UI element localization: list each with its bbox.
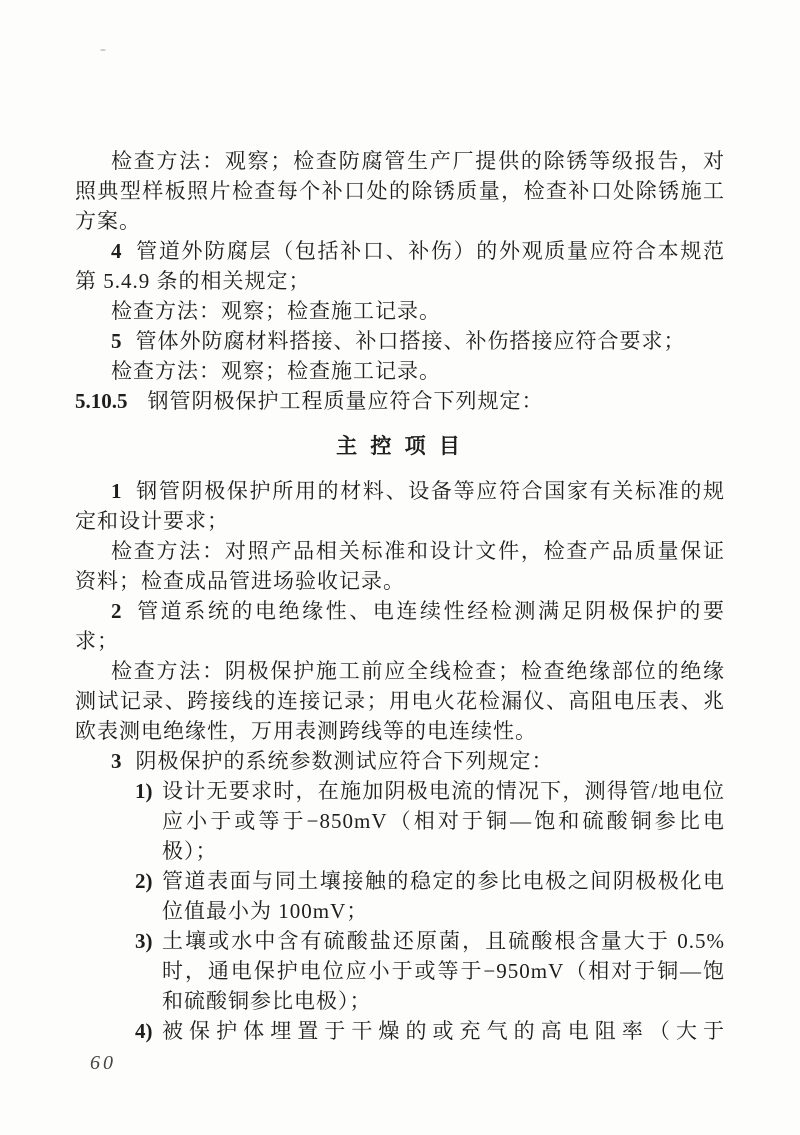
sub-item-4: 4)被保护体埋置于干燥的或充气的高电阻率（大于	[75, 1016, 725, 1046]
sub-item-number: 3)	[135, 926, 162, 1016]
item-number: 3	[111, 749, 122, 773]
numbered-item-4: 4管道外防腐层（包括补口、补伤）的外观质量应符合本规范第 5.4.9 条的相关规…	[75, 236, 725, 296]
inspection-method-paragraph: 检查方法：观察；检查施工记录。	[75, 296, 725, 326]
sub-item-number: 1)	[135, 776, 162, 866]
document-page: 检查方法：观察；检查防腐管生产厂提供的除锈等级报告，对照典型样板照片检查每个补口…	[0, 0, 800, 1135]
sub-item-text: 土壤或水中含有硫酸盐还原菌，且硫酸根含量大于 0.5%时，通电保护电位应小于或等…	[162, 926, 725, 1016]
sub-item-text: 设计无要求时，在施加阴极电流的情况下，测得管/地电位应小于或等于−850mV（相…	[162, 776, 725, 866]
item-text: 阴极保护的系统参数测试应符合下列规定：	[136, 749, 554, 773]
numbered-item-1: 1钢管阴极保护所用的材料、设备等应符合国家有关标准的规定和设计要求；	[75, 476, 725, 536]
section-heading: 主 控 项 目	[75, 431, 725, 461]
sub-item-number: 2)	[135, 866, 162, 926]
item-text: 管道系统的电绝缘性、电连续性经检测满足阴极保护的要求；	[75, 599, 725, 653]
text-block: 检查方法：观察；检查防腐管生产厂提供的除锈等级报告，对照典型样板照片检查每个补口…	[75, 146, 725, 1046]
clause-5-10-5: 5.10.5钢管阴极保护工程质量应符合下列规定：	[75, 386, 725, 416]
sub-item-3: 3)土壤或水中含有硫酸盐还原菌，且硫酸根含量大于 0.5%时，通电保护电位应小于…	[75, 926, 725, 1016]
sub-item-number: 4)	[135, 1016, 162, 1046]
clause-number: 5.10.5	[75, 389, 128, 413]
sub-item-2: 2)管道表面与同土壤接触的稳定的参比电极之间阴极极化电位值最小为 100mV；	[75, 866, 725, 926]
item-number: 2	[111, 599, 122, 623]
numbered-item-3: 3阴极保护的系统参数测试应符合下列规定：	[75, 746, 725, 776]
sub-item-text: 被保护体埋置于干燥的或充气的高电阻率（大于	[162, 1016, 725, 1046]
item-number: 5	[111, 329, 122, 353]
inspection-method-paragraph: 检查方法：阴极保护施工前应全线检查；检查绝缘部位的绝缘测试记录、跨接线的连接记录…	[75, 656, 725, 746]
scan-speck	[100, 49, 106, 51]
sub-item-1: 1)设计无要求时，在施加阴极电流的情况下，测得管/地电位应小于或等于−850mV…	[75, 776, 725, 866]
item-number: 1	[111, 479, 122, 503]
numbered-item-2: 2管道系统的电绝缘性、电连续性经检测满足阴极保护的要求；	[75, 596, 725, 656]
clause-text: 钢管阴极保护工程质量应符合下列规定：	[148, 389, 544, 413]
item-number: 4	[111, 239, 122, 263]
item-text: 管体外防腐材料搭接、补口搭接、补伤搭接应符合要求；	[136, 329, 686, 353]
item-text: 管道外防腐层（包括补口、补伤）的外观质量应符合本规范第 5.4.9 条的相关规定…	[75, 239, 725, 293]
inspection-method-paragraph: 检查方法：观察；检查防腐管生产厂提供的除锈等级报告，对照典型样板照片检查每个补口…	[75, 146, 725, 236]
numbered-item-5: 5管体外防腐材料搭接、补口搭接、补伤搭接应符合要求；	[75, 326, 725, 356]
item-text: 钢管阴极保护所用的材料、设备等应符合国家有关标准的规定和设计要求；	[75, 479, 725, 533]
sub-item-text: 管道表面与同土壤接触的稳定的参比电极之间阴极极化电位值最小为 100mV；	[162, 866, 725, 926]
inspection-method-paragraph: 检查方法：对照产品相关标准和设计文件，检查产品质量保证资料；检查成品管进场验收记…	[75, 536, 725, 596]
inspection-method-paragraph: 检查方法：观察；检查施工记录。	[75, 356, 725, 386]
page-number: 60	[90, 1052, 116, 1075]
